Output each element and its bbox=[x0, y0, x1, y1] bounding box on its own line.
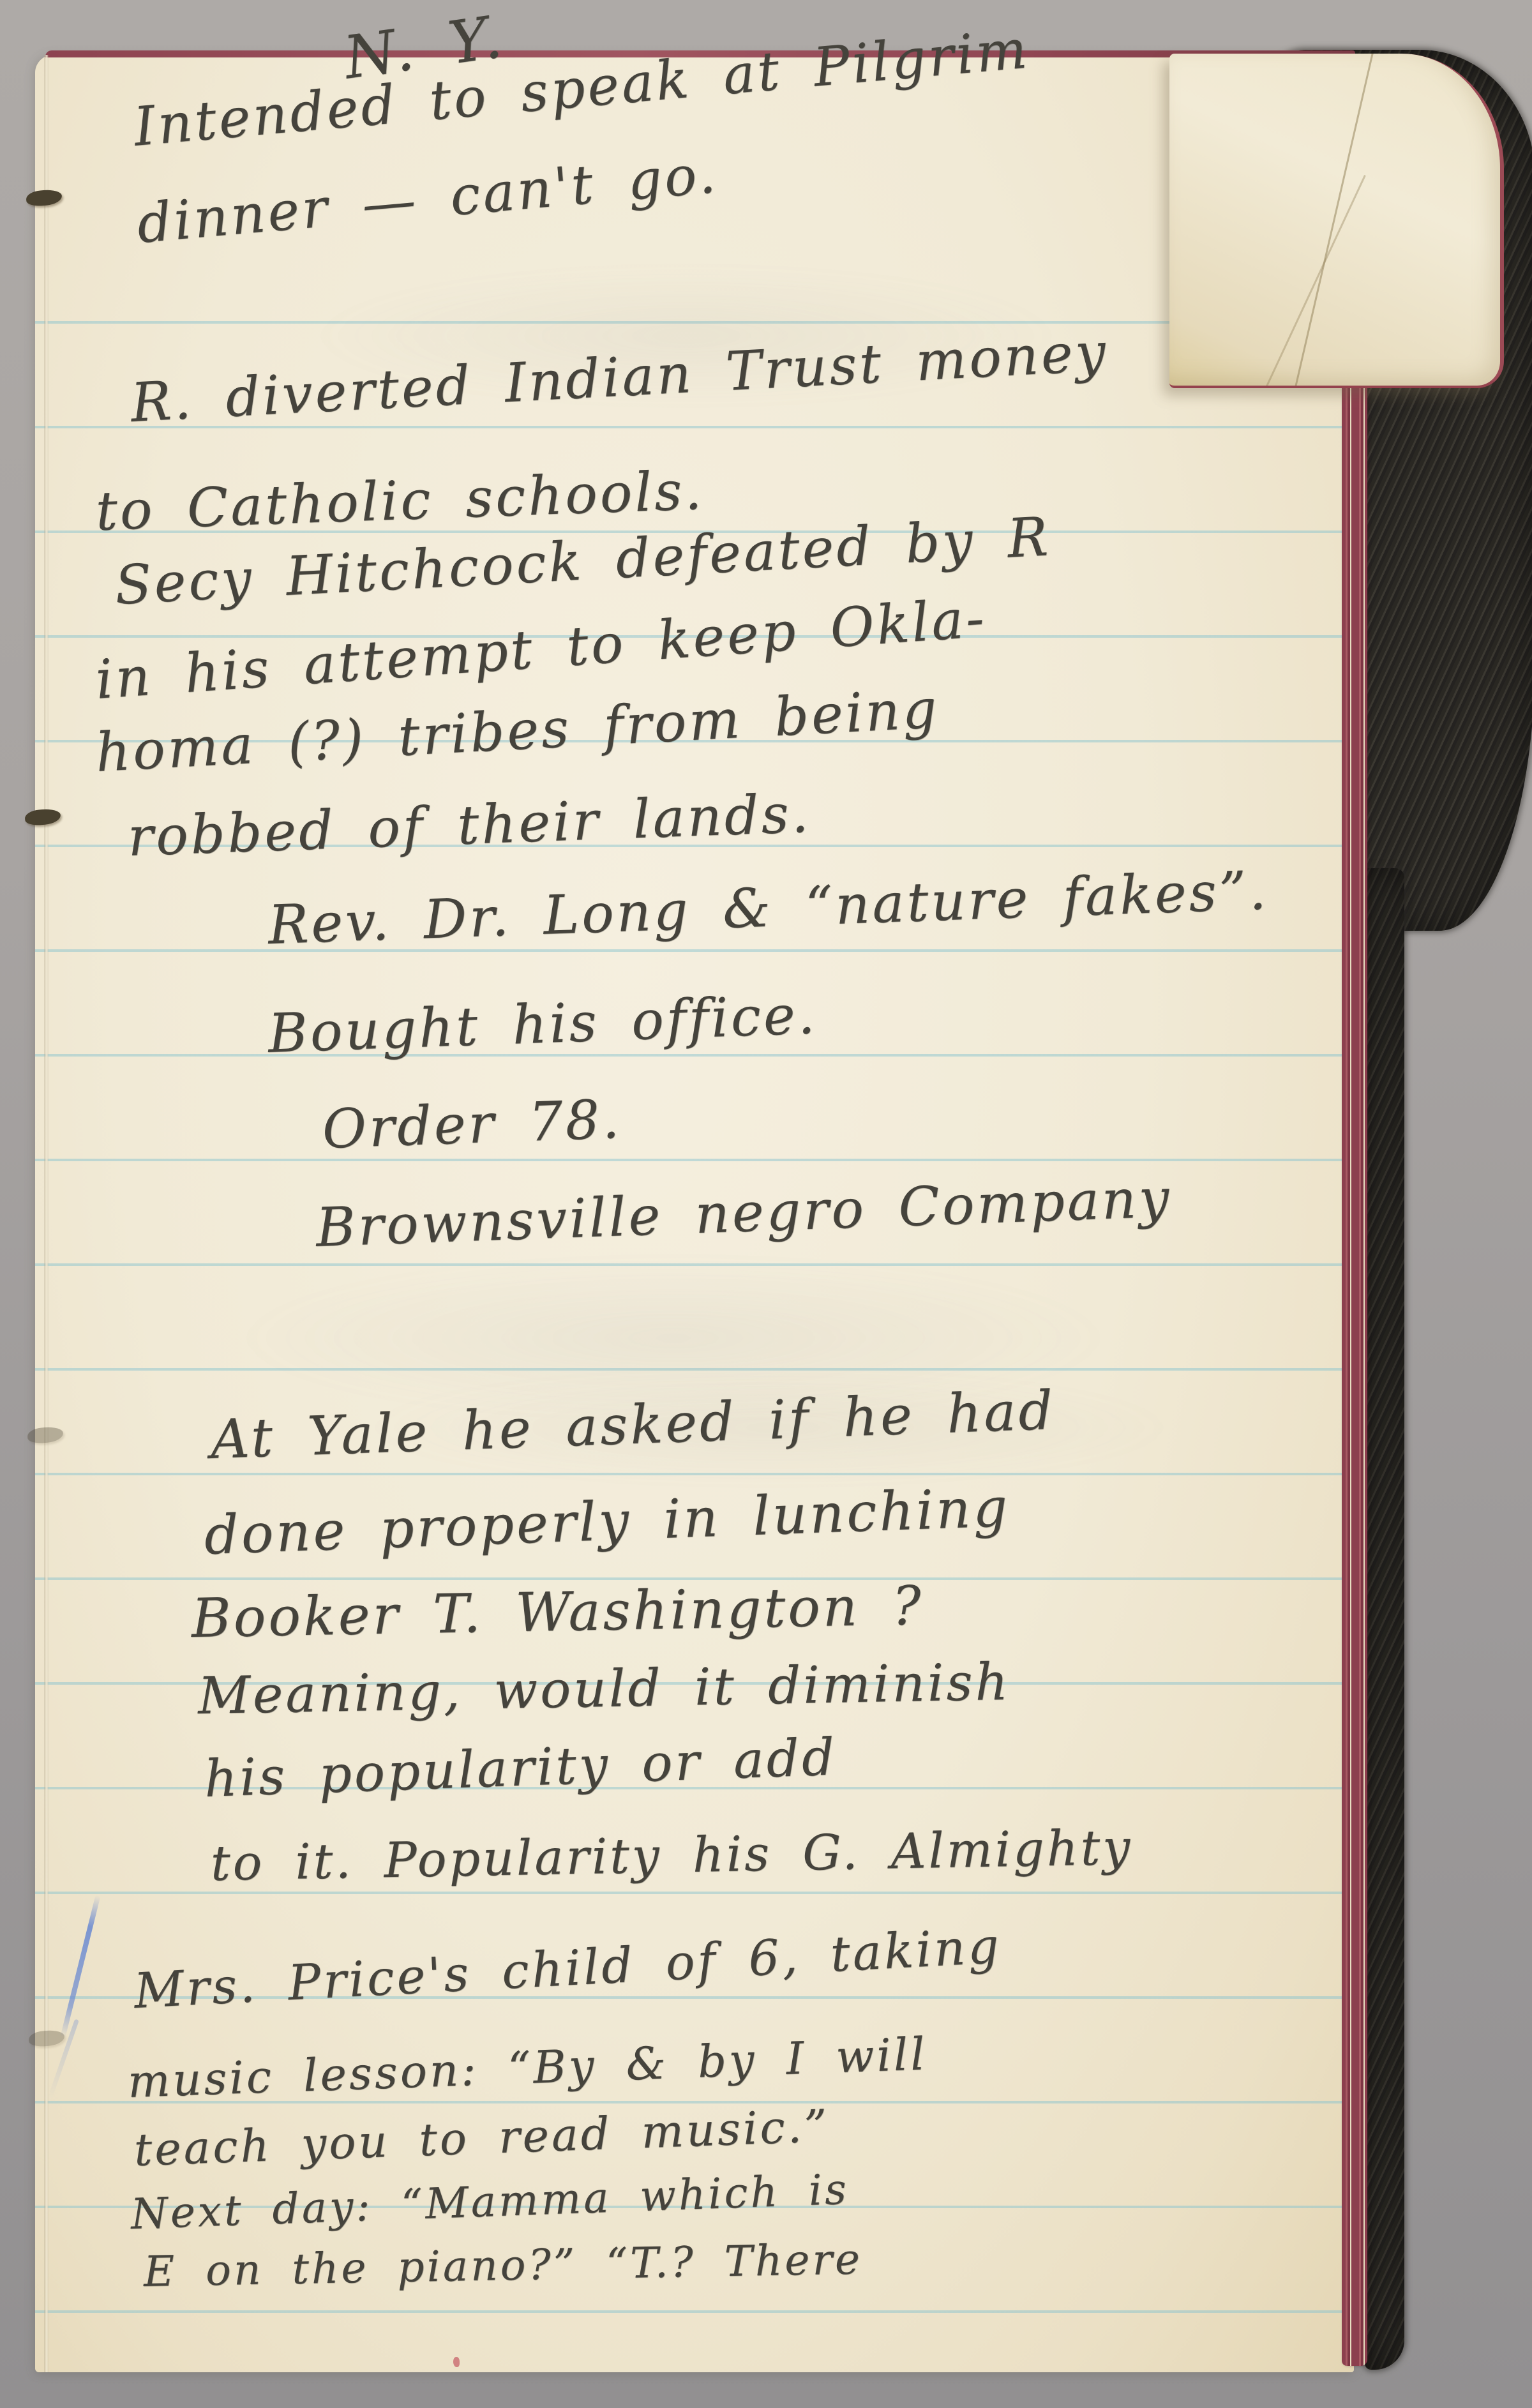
handwritten-line: Booker T. Washington ? bbox=[191, 1574, 924, 1650]
cover-cloth-right-edge bbox=[1365, 868, 1404, 2370]
fold-crease bbox=[1288, 54, 1376, 388]
folded-corner bbox=[1169, 54, 1504, 388]
handwritten-line: Order 78. bbox=[321, 1088, 622, 1161]
fold-crease bbox=[1245, 175, 1366, 388]
red-stained-page-edges bbox=[1342, 355, 1367, 2366]
left-crease bbox=[44, 55, 49, 2372]
stitch-hole bbox=[26, 189, 63, 207]
red-ink-speck bbox=[453, 2357, 460, 2367]
scanned-notebook-photo: { "notebook": { "heading": "N. Y.", "lin… bbox=[0, 0, 1532, 2408]
